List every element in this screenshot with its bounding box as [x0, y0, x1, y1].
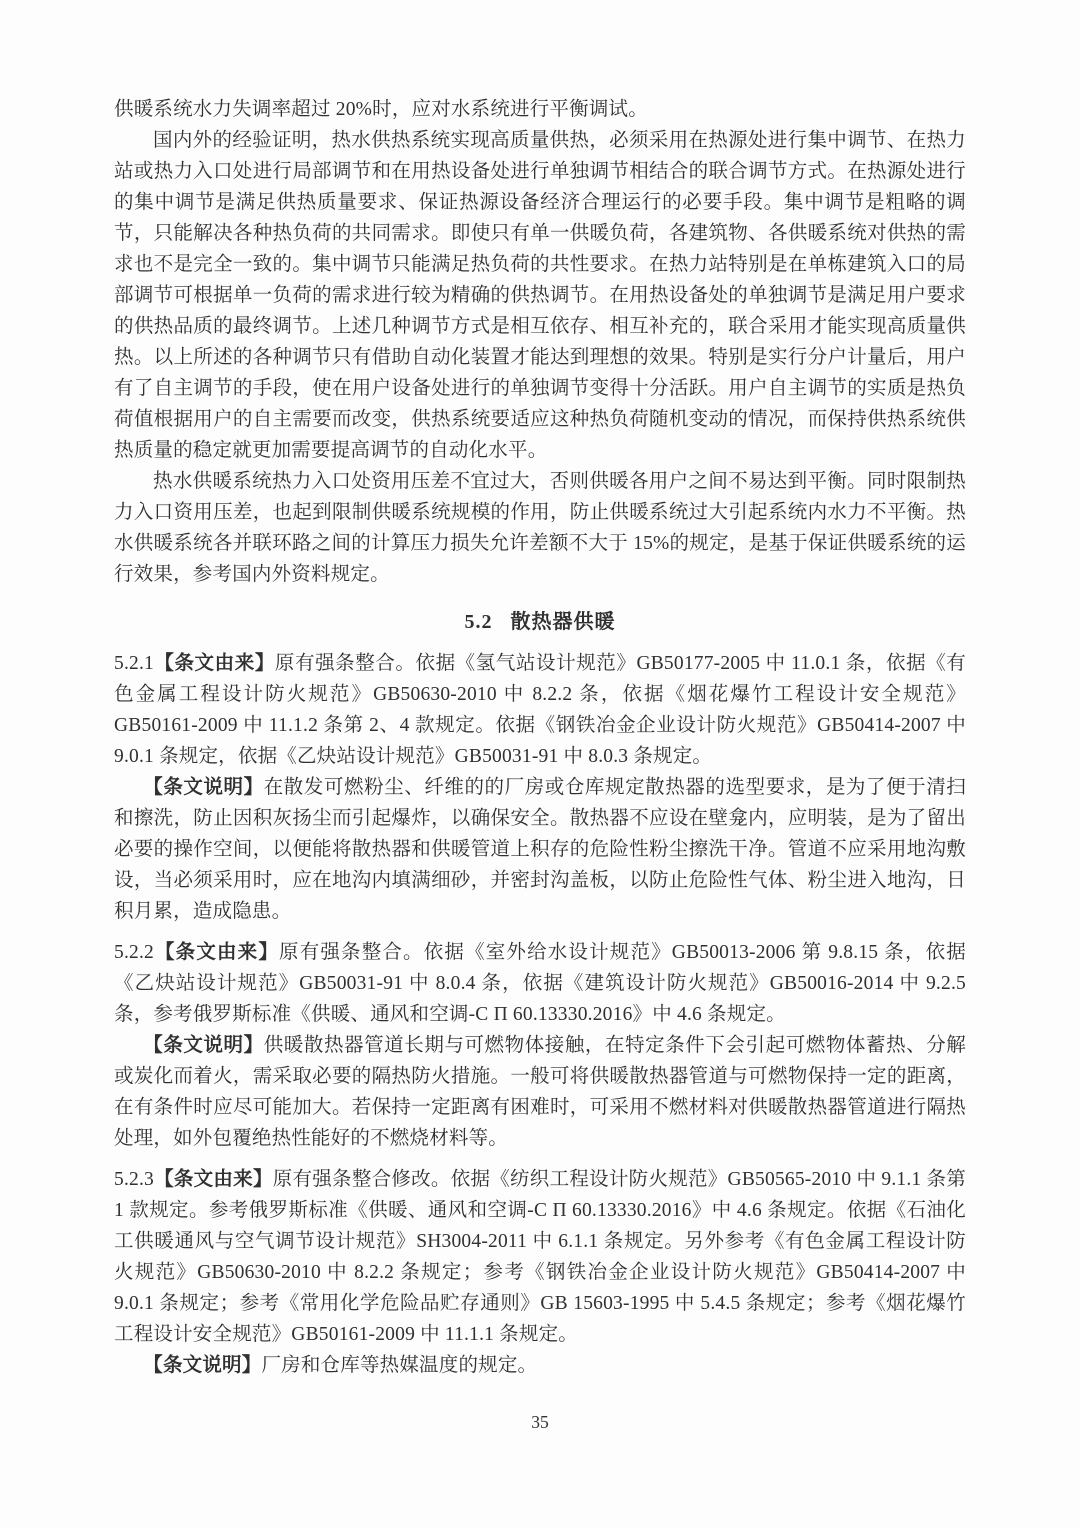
paragraph-text: 供暖系统水力失调率超过 20%时，应对水系统进行平衡调试。	[114, 99, 648, 120]
note-label: 【条文说明】	[143, 1035, 263, 1056]
section-title: 散热器供暖	[511, 611, 616, 633]
document-page: 供暖系统水力失调率超过 20%时，应对水系统进行平衡调试。 国内外的经验证明，热…	[0, 0, 1080, 1527]
body-paragraph: 国内外的经验证明，热水供热系统实现高质量供热，必须采用在热源处进行集中调节、在热…	[114, 125, 966, 466]
note-label: 【条文说明】	[143, 1355, 261, 1376]
document-content: 供暖系统水力失调率超过 20%时，应对水系统进行平衡调试。 国内外的经验证明，热…	[114, 94, 966, 1381]
note-label: 【条文说明】	[143, 777, 263, 798]
clause-number: 5.2.1	[114, 653, 154, 674]
clause-paragraph-5-2-1: 5.2.1【条文由来】原有强条整合。依据《氢气站设计规范》GB50177-200…	[114, 648, 966, 772]
note-text: 在散发可燃粉尘、纤维的的厂房或仓库规定散热器的选型要求，是为了便于清扫和擦洗，防…	[114, 777, 966, 922]
note-paragraph: 【条文说明】厂房和仓库等热媒温度的规定。	[114, 1350, 966, 1381]
clause-paragraph-5-2-3: 5.2.3【条文由来】原有强条整合修改。依据《纺织工程设计防火规范》GB5056…	[114, 1164, 966, 1350]
clause-origin-label: 【条文由来】	[154, 1169, 273, 1190]
paragraph-text: 国内外的经验证明，热水供热系统实现高质量供热，必须采用在热源处进行集中调节、在热…	[114, 130, 966, 461]
body-paragraph-continuation: 供暖系统水力失调率超过 20%时，应对水系统进行平衡调试。	[114, 94, 966, 125]
note-text: 厂房和仓库等热媒温度的规定。	[261, 1355, 537, 1376]
paragraph-text: 热水供暖系统热力入口处资用压差不宜过大，否则供暖各用户之间不易达到平衡。同时限制…	[114, 471, 966, 585]
clause-paragraph-5-2-2: 5.2.2【条文由来】原有强条整合。依据《室外给水设计规范》GB50013-20…	[114, 937, 966, 1030]
clause-origin-label: 【条文由来】	[154, 942, 279, 963]
section-heading: 5.2散热器供暖	[114, 607, 966, 638]
section-number: 5.2	[465, 611, 493, 633]
note-paragraph: 【条文说明】供暖散热器管道长期与可燃物体接触，在特定条件下会引起可燃物体蓄热、分…	[114, 1030, 966, 1154]
note-paragraph: 【条文说明】在散发可燃粉尘、纤维的的厂房或仓库规定散热器的选型要求，是为了便于清…	[114, 772, 966, 927]
clause-number: 5.2.2	[114, 942, 154, 963]
page-number: 35	[0, 1412, 1080, 1433]
clause-text: 原有强条整合修改。依据《纺织工程设计防火规范》GB50565-2010 中 9.…	[114, 1169, 966, 1345]
clause-origin-label: 【条文由来】	[154, 653, 275, 674]
body-paragraph: 热水供暖系统热力入口处资用压差不宜过大，否则供暖各用户之间不易达到平衡。同时限制…	[114, 466, 966, 590]
clause-number: 5.2.3	[114, 1169, 154, 1190]
